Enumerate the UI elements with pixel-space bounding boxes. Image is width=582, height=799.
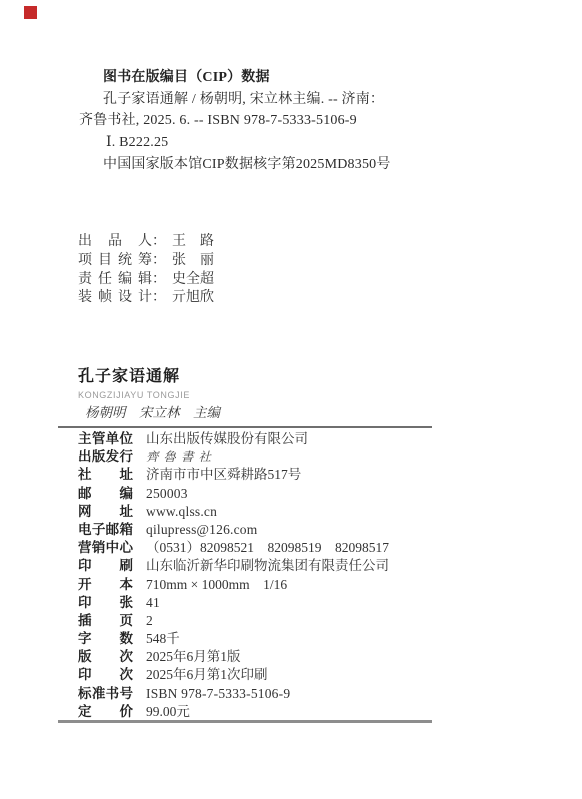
colophon-value: 710mm × 1000mm 1/16 [146,577,287,592]
staff-value: 史全超 [172,272,214,287]
colophon-row-publisher: 出版发行齊魯書社 [78,448,508,466]
staff-colon: ： [152,252,166,271]
colophon-label: 开本 [78,576,133,594]
colophon-row-printer: 印刷山东临沂新华印刷物流集团有限责任公司 [78,557,508,575]
colophon-row-inserts: 插页2 [78,612,508,630]
colophon-label: 社址 [78,466,133,484]
colophon-value: （0531）82098521 82098519 82098517 [146,540,389,555]
colophon-value: 41 [146,595,160,610]
colophon-value: 99.00元 [146,704,190,719]
colophon-label: 版次 [78,648,133,666]
staff-row-producer: 出品人：王 路 [78,233,214,252]
colophon-label: 印张 [78,594,133,612]
colophon-row-word-count: 字数548千 [78,630,508,648]
colophon-label: 邮编 [78,485,133,503]
colophon-label: 营销中心 [78,539,133,557]
colophon-label: 出版发行 [78,448,133,466]
staff-row-binding-designer: 装帧设计：亓旭欣 [78,289,214,308]
staff-colon: ： [152,233,166,252]
colophon-value: 250003 [146,486,188,501]
colophon-value: 2 [146,613,153,628]
colophon-row-format: 开本710mm × 1000mm 1/16 [78,576,508,594]
publisher-logotype: 齊魯書社 [146,450,216,464]
colophon-row-website: 网址www.qlss.cn [78,503,508,521]
colophon-value: 济南市市中区舜耕路517号 [146,467,301,482]
colophon-row-impression: 印次2025年6月第1次印刷 [78,666,508,684]
divider-rule-bottom [58,720,432,723]
colophon-label: 插页 [78,612,133,630]
staff-row-project-coordinator: 项目统筹：张 丽 [78,252,214,271]
book-title-pinyin: KONGZIJIAYU TONGJIE [78,390,220,400]
cip-heading: 图书在版编目（CIP）数据 [103,67,582,89]
colophon-row-price: 定价99.00元 [78,703,508,721]
staff-credits-block: 出品人：王 路 项目统筹：张 丽 责任编辑：史全超 装帧设计：亓旭欣 [78,233,214,308]
colophon-label: 印次 [78,666,133,684]
colophon-value: qilupress@126.com [146,522,257,537]
colophon-label: 印刷 [78,557,133,575]
colophon-label: 电子邮箱 [78,521,133,539]
staff-row-responsible-editor: 责任编辑：史全超 [78,271,214,290]
divider-rule-top [58,426,432,428]
colophon-value: 2025年6月第1次印刷 [146,667,268,682]
cip-line-classification: Ⅰ. B222.25 [106,132,582,154]
colophon-row-printed-sheets: 印张41 [78,594,508,612]
staff-label: 出品人 [78,233,152,252]
staff-value: 王 路 [172,234,214,249]
colophon-row-email: 电子邮箱qilupress@126.com [78,521,508,539]
colophon-value: 548千 [146,631,180,646]
colophon-table: 主管单位山东出版传媒股份有限公司 出版发行齊魯書社 社址济南市市中区舜耕路517… [78,430,508,721]
staff-colon: ： [152,271,166,290]
cip-data-block: 图书在版编目（CIP）数据 孔子家语通解 / 杨朝明, 宋立林主编. -- 济南… [0,67,582,176]
staff-label: 项目统筹 [78,252,152,271]
red-corner-mark [24,6,37,19]
book-editors: 杨朝明 宋立林 主编 [85,405,220,420]
colophon-row-isbn: 标准书号ISBN 978-7-5333-5106-9 [78,685,508,703]
book-title-block: 孔子家语通解 KONGZIJIAYU TONGJIE 杨朝明 宋立林 主编 [78,368,220,420]
colophon-label: 主管单位 [78,430,133,448]
colophon-value: www.qlss.cn [146,504,217,519]
colophon-row-address: 社址济南市市中区舜耕路517号 [78,466,508,484]
staff-label: 责任编辑 [78,271,152,290]
colophon-row-supervisor: 主管单位山东出版传媒股份有限公司 [78,430,508,448]
colophon-row-postcode: 邮编250003 [78,485,508,503]
colophon-value: 2025年6月第1版 [146,649,241,664]
colophon-row-marketing-center: 营销中心（0531）82098521 82098519 82098517 [78,539,508,557]
colophon-row-edition: 版次2025年6月第1版 [78,648,508,666]
cip-line-publisher-isbn: 齐鲁书社, 2025. 6. -- ISBN 978-7-5333-5106-9 [79,110,582,132]
colophon-label: 定价 [78,703,133,721]
colophon-value: 山东出版传媒股份有限公司 [146,431,308,446]
staff-colon: ： [152,289,166,308]
staff-value: 亓旭欣 [172,290,214,305]
staff-label: 装帧设计 [78,289,152,308]
colophon-label: 字数 [78,630,133,648]
book-title: 孔子家语通解 [78,368,220,386]
colophon-value: 山东临沂新华印刷物流集团有限责任公司 [146,558,389,573]
colophon-value: ISBN 978-7-5333-5106-9 [146,686,290,701]
staff-value: 张 丽 [172,253,214,268]
colophon-label: 标准书号 [78,685,133,703]
cip-line-title-authors: 孔子家语通解 / 杨朝明, 宋立林主编. -- 济南： [103,89,582,111]
cip-line-registration-number: 中国国家版本馆CIP数据核字第2025MD8350号 [103,154,582,176]
colophon-label: 网址 [78,503,133,521]
copyright-page: 图书在版编目（CIP）数据 孔子家语通解 / 杨朝明, 宋立林主编. -- 济南… [0,0,582,799]
